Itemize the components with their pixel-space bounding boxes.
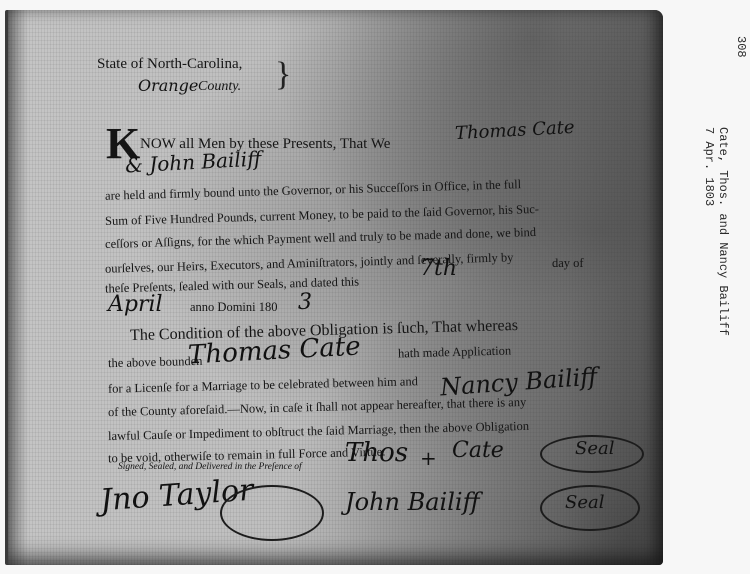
- day-handwritten: 7th: [420, 256, 457, 281]
- page-number: 308: [734, 36, 748, 58]
- surety-signature: John Bailiff: [345, 488, 480, 516]
- principal-signature-last: Cate: [452, 438, 504, 463]
- signature-flourish: [220, 485, 324, 541]
- day-of-label: day of: [552, 256, 584, 271]
- index-names: Cate, Thos. and Nancy Bailiff: [716, 127, 730, 336]
- county-handwritten: Orange: [138, 76, 198, 95]
- principal-mark: +: [420, 446, 437, 470]
- anno-domini: anno Domini 180: [190, 300, 278, 315]
- month-handwritten: April: [108, 292, 163, 317]
- condition-line: hath made Application: [398, 344, 512, 362]
- county-printed: County.: [198, 79, 241, 95]
- bracket-brace: }: [275, 58, 291, 92]
- seal-label: Seal: [565, 492, 604, 513]
- index-date: 7 Apr. 1803: [702, 127, 716, 206]
- year-digit-handwritten: 3: [298, 290, 312, 315]
- state-header: State of North-Carolina,: [97, 56, 242, 73]
- seal-label: Seal: [575, 438, 614, 459]
- principal-signature-first: Thos: [345, 438, 408, 468]
- witness-label: Signed, Sealed, and Delivered in the Pre…: [118, 462, 302, 472]
